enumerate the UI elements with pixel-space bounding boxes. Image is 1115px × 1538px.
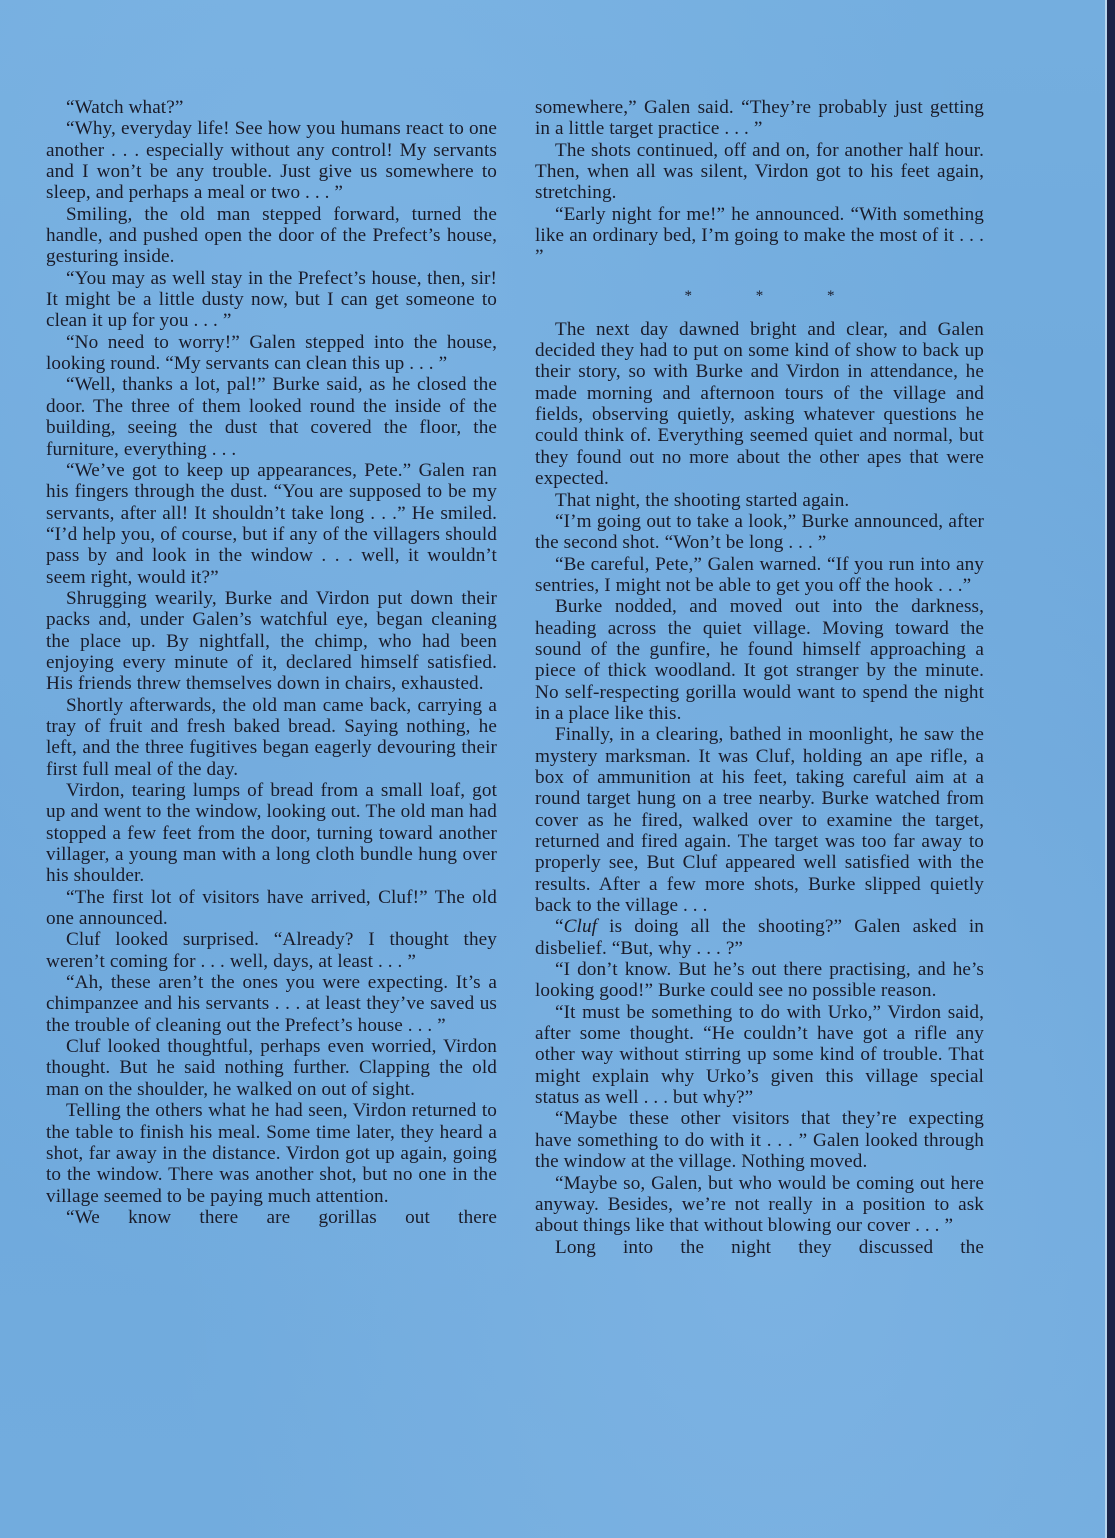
paragraph: “Maybe so, Galen, but who would be comin… [535, 1173, 984, 1237]
paragraph: The next day dawned bright and clear, an… [535, 319, 984, 490]
paragraph: Virdon, tearing lumps of bread from a sm… [46, 780, 497, 887]
paragraph: “We’ve got to keep up appearances, Pete.… [46, 460, 497, 588]
paragraph-text: is doing all the shooting?” Galen asked … [535, 916, 984, 958]
paragraph: Shortly afterwards, the old man came bac… [46, 695, 497, 780]
paragraph: Shrugging wearily, Burke and Virdon put … [46, 588, 497, 695]
paragraph: “I don’t know. But he’s out there practi… [535, 959, 984, 1002]
paragraph: Telling the others what he had seen, Vir… [46, 1100, 497, 1207]
paragraph: “Watch what?” [46, 97, 497, 118]
paragraph-continuation: somewhere,” Galen said. “They’re probabl… [535, 97, 984, 140]
binding-edge [1107, 0, 1115, 1538]
paragraph: “Ah, these aren’t the ones you were expe… [46, 972, 497, 1036]
paragraph: “You may as well stay in the Prefect’s h… [46, 268, 497, 332]
paragraph: “It must be something to do with Urko,” … [535, 1002, 984, 1109]
section-break-asterisks: * * * [535, 291, 984, 301]
paragraph-continued: “We know there are gorillas out there [46, 1207, 497, 1228]
paragraph: Smiling, the old man stepped forward, tu… [46, 204, 497, 268]
paragraph: “Maybe these other visitors that they’re… [535, 1108, 984, 1172]
right-text-column: somewhere,” Galen said. “They’re probabl… [535, 97, 984, 1258]
paragraph-continued: Long into the night they discussed the [535, 1237, 984, 1258]
paragraph: “Early night for me!” he announced. “Wit… [535, 204, 984, 268]
paragraph: “Be careful, Pete,” Galen warned. “If yo… [535, 554, 984, 597]
open-quote: “ [555, 916, 564, 937]
paragraph-cluf-shooting: “Cluf is doing all the shooting?” Galen … [535, 916, 984, 959]
italic-name-cluf: Cluf [564, 916, 597, 937]
paragraph: Cluf looked surprised. “Already? I thoug… [46, 929, 497, 972]
paragraph: “Why, everyday life! See how you humans … [46, 118, 497, 203]
left-text-column: “Watch what?” “Why, everyday life! See h… [46, 97, 497, 1228]
paragraph: That night, the shooting started again. [535, 490, 984, 511]
paragraph: “Well, thanks a lot, pal!” Burke said, a… [46, 374, 497, 459]
paragraph: “The first lot of visitors have arrived,… [46, 887, 497, 930]
paragraph: “I’m going out to take a look,” Burke an… [535, 511, 984, 554]
paragraph: Burke nodded, and moved out into the dar… [535, 596, 984, 724]
paragraph: Cluf looked thoughtful, perhaps even wor… [46, 1036, 497, 1100]
paragraph: “No need to worry!” Galen stepped into t… [46, 332, 497, 375]
magazine-page: “Watch what?” “Why, everyday life! See h… [0, 0, 1105, 1538]
paragraph: The shots continued, off and on, for ano… [535, 140, 984, 204]
paragraph: Finally, in a clearing, bathed in moonli… [535, 724, 984, 916]
